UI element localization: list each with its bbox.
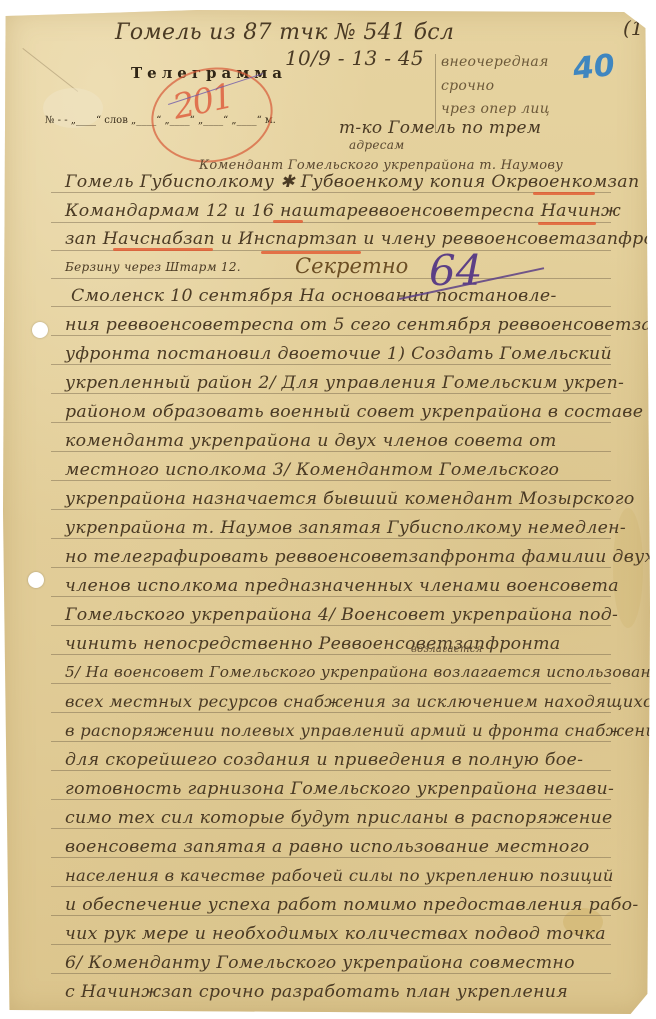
ruled-line	[51, 799, 611, 800]
ruled-line	[51, 222, 611, 223]
body-line: 6/ Коменданту Гомельского укрепрайона со…	[65, 953, 575, 973]
ruled-line	[51, 596, 611, 597]
body-line: всех местных ресурсов снабжения за исклю…	[65, 692, 656, 711]
red-underline	[538, 222, 596, 225]
body-line: укрепрайона т. Наумов запятая Губисполко…	[65, 518, 626, 538]
body-line: с Начинжзап срочно разработать план укре…	[65, 982, 568, 1002]
red-underline	[533, 192, 595, 195]
body-line: симо тех сил которые будут присланы в ра…	[65, 808, 613, 828]
ruled-line	[51, 306, 611, 307]
ruled-line	[51, 654, 611, 655]
body-line: местного исполкома 3/ Комендантом Гомель…	[65, 460, 559, 480]
ruled-line	[51, 857, 611, 858]
ruled-line	[51, 886, 611, 887]
body-line: и обеспечение успеха работ помимо предос…	[65, 895, 639, 915]
page-number: (1	[623, 16, 644, 40]
body-line: Берзину через Штарм 12.	[65, 260, 241, 274]
body-line: коменданта укрепрайона и двух членов сов…	[65, 431, 557, 451]
ruled-line	[51, 712, 611, 713]
blue-pencil-number: 40	[571, 48, 616, 87]
priority-line2: срочно	[441, 78, 494, 94]
body-line: Смоленск 10 сентября На основании постан…	[71, 286, 557, 306]
body-line: военсовета запятая а равно использование…	[65, 837, 590, 857]
ruled-line	[51, 335, 611, 336]
header-annotation-line1: Гомель из 87 тчк № 541 бсл	[115, 20, 454, 45]
body-line: но телеграфировать реввоенсоветзапфронта…	[65, 547, 655, 567]
body-line: населения в качестве рабочей силы по укр…	[65, 866, 614, 885]
ruled-line	[51, 973, 611, 974]
ruled-line	[51, 567, 611, 568]
body-line: уфронта постановил двоеточие 1) Создать …	[65, 344, 612, 364]
ruled-line	[51, 422, 611, 423]
priority-line1: внеочередная	[441, 54, 549, 70]
paper-fold-crease	[21, 48, 78, 93]
interlinear-note: возлагается	[411, 644, 483, 655]
routing-note-line2: адресам	[349, 138, 404, 152]
body-line: 5/ На военсовет Гомельского укрепрайона …	[65, 663, 656, 681]
secret-label: Секретно	[295, 254, 408, 278]
body-line: укрепрайона назначается бывший комендант…	[65, 489, 635, 509]
ruled-line	[51, 480, 611, 481]
body-line: в распоряжении полевых управлений армий …	[65, 721, 656, 740]
body-line: Командармам 12 и 16 наштареввоенсоветрес…	[65, 201, 621, 221]
body-line: укрепленный район 2/ Для управления Гоме…	[65, 373, 624, 393]
telegram-sheet: (1 Гомель из 87 тчк № 541 бсл 10/9 - 13 …	[3, 8, 650, 1014]
ruled-line	[51, 828, 611, 829]
ruled-line	[51, 944, 611, 945]
ruled-line	[51, 915, 611, 916]
punch-hole	[32, 322, 48, 338]
ruled-line	[51, 625, 611, 626]
ruled-line	[51, 770, 611, 771]
body-line: Гомельского укрепрайона 4/ Военсовет укр…	[65, 605, 618, 625]
body-line: членов исполкома предназначенных членами…	[65, 576, 619, 596]
body-line: для скорейшего создания и приведения в п…	[65, 750, 583, 770]
body-line: районом образовать военный совет укрепра…	[65, 402, 643, 422]
ruled-line	[51, 364, 611, 365]
body-line: ния реввоенсоветреспа от 5 сего сентября…	[65, 315, 656, 335]
body-line: зап Начснабзап и Инспартзап и члену ревв…	[65, 229, 656, 249]
ruled-line	[51, 683, 611, 684]
ruled-line	[51, 741, 611, 742]
ruled-line	[51, 509, 611, 510]
body-line: Гомель Губисполкому ✱ Губвоенкому копия …	[65, 172, 639, 192]
ruled-line	[51, 451, 611, 452]
body-line: готовность гарнизона Гомельского укрепра…	[65, 779, 614, 799]
ruled-line	[51, 192, 611, 193]
header-annotation-line2: 10/9 - 13 - 45	[285, 46, 424, 70]
body-line: чих рук мере и необходимых количествах п…	[65, 924, 606, 944]
ruled-line	[51, 538, 611, 539]
routing-note-line1: т-ко Гомель по трем	[339, 118, 541, 138]
body-line-addressee: Комендант Гомельского укрепрайона т. Нау…	[199, 158, 563, 173]
ruled-line	[51, 278, 611, 279]
ruled-line	[51, 393, 611, 394]
priority-line3: чрез опер лиц	[441, 101, 550, 117]
punch-hole	[28, 572, 44, 588]
body-line: чинить непосредственно Реввоенсоветзапфр…	[65, 634, 561, 654]
